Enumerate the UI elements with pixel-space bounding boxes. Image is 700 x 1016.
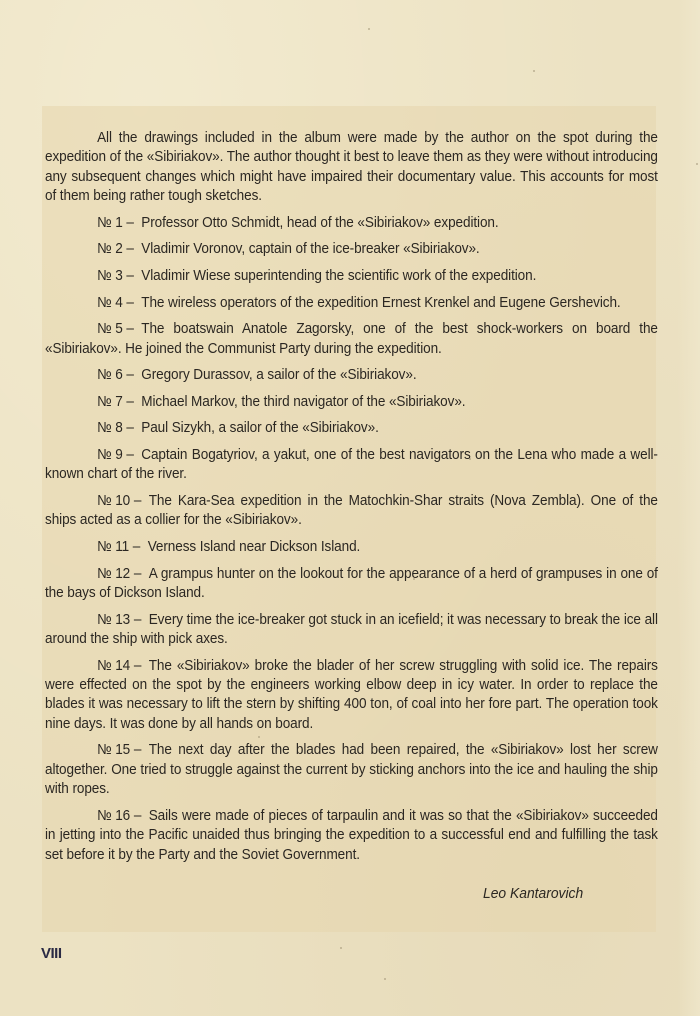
paper-speck xyxy=(413,578,415,580)
item-number: № 15 – xyxy=(97,741,141,760)
caption-item: № 7 –Michael Markov, the third navigator… xyxy=(45,393,658,412)
item-text: Michael Markov, the third navigator of t… xyxy=(141,394,465,410)
item-text: Gregory Durassov, a sailor of the «Sibir… xyxy=(141,367,416,383)
paper-speck xyxy=(696,163,698,165)
item-number: № 4 – xyxy=(97,294,134,313)
item-number: № 5 – xyxy=(97,320,134,339)
caption-item: № 11 –Verness Island near Dickson Island… xyxy=(45,538,658,557)
intro-paragraph: All the drawings included in the album w… xyxy=(45,129,658,207)
paper-speck xyxy=(318,329,320,331)
caption-item: № 12 –A grampus hunter on the lookout fo… xyxy=(45,565,658,604)
item-number: № 6 – xyxy=(97,366,134,385)
caption-item: № 10 –The Kara-Sea expedition in the Mat… xyxy=(45,492,658,531)
item-number: № 11 – xyxy=(97,538,140,557)
item-number: № 7 – xyxy=(97,393,134,412)
caption-item: № 6 –Gregory Durassov, a sailor of the «… xyxy=(45,366,658,385)
paper-speck xyxy=(384,978,386,980)
item-text: Vladimir Wiese superintending the scient… xyxy=(141,268,536,284)
item-text: Professor Otto Schmidt, head of the «Sib… xyxy=(141,215,498,231)
page-number: VIII xyxy=(41,945,62,962)
caption-item: № 2 –Vladimir Voronov, captain of the ic… xyxy=(45,240,658,259)
author-signature: Leo Kantarovich xyxy=(483,886,583,902)
page-edge xyxy=(678,0,700,1016)
item-number: № 13 – xyxy=(97,611,141,630)
paragraph-text: All the drawings included in the album w… xyxy=(45,130,658,204)
item-text: Captain Bogatyriov, a yakut, one of the … xyxy=(45,447,658,482)
item-number: № 8 – xyxy=(97,419,134,438)
item-text: Vladimir Voronov, captain of the ice-bre… xyxy=(141,241,479,257)
item-text: The boatswain Anatole Zagorsky, one of t… xyxy=(45,321,658,356)
item-number: № 2 – xyxy=(97,240,134,259)
caption-item: № 1 –Professor Otto Schmidt, head of the… xyxy=(45,214,658,233)
paper-speck xyxy=(469,458,471,460)
paper-speck xyxy=(340,947,342,949)
caption-item: № 8 –Paul Sizykh, a sailor of the «Sibir… xyxy=(45,419,658,438)
caption-item: № 3 –Vladimir Wiese superintending the s… xyxy=(45,267,658,286)
caption-item: № 16 –Sails were made of pieces of tarpa… xyxy=(45,807,658,865)
item-number: № 14 – xyxy=(97,657,141,676)
caption-item: № 9 –Captain Bogatyriov, a yakut, one of… xyxy=(45,446,658,485)
item-text: Verness Island near Dickson Island. xyxy=(148,539,361,555)
paper-speck xyxy=(545,660,547,662)
page-body: All the drawings included in the album w… xyxy=(45,129,658,872)
paper-speck xyxy=(368,28,370,30)
item-number: № 9 – xyxy=(97,446,134,465)
item-number: № 12 – xyxy=(97,565,141,584)
paper-speck xyxy=(533,70,535,72)
item-number: № 10 – xyxy=(97,492,141,511)
caption-item: № 14 –The «Sibiriakov» broke the blader … xyxy=(45,657,658,735)
item-number: № 16 – xyxy=(97,807,141,826)
caption-item: № 13 –Every time the ice-breaker got stu… xyxy=(45,611,658,650)
caption-item: № 4 –The wireless operators of the exped… xyxy=(45,294,658,313)
item-number: № 3 – xyxy=(97,267,134,286)
item-text: Paul Sizykh, a sailor of the «Sibiriakov… xyxy=(141,420,378,436)
item-text: The wireless operators of the expedition… xyxy=(141,295,620,311)
caption-item: № 15 –The next day after the blades had … xyxy=(45,741,658,799)
paper-speck xyxy=(258,736,260,738)
caption-item: № 5 –The boatswain Anatole Zagorsky, one… xyxy=(45,320,658,359)
item-number: № 1 – xyxy=(97,214,134,233)
